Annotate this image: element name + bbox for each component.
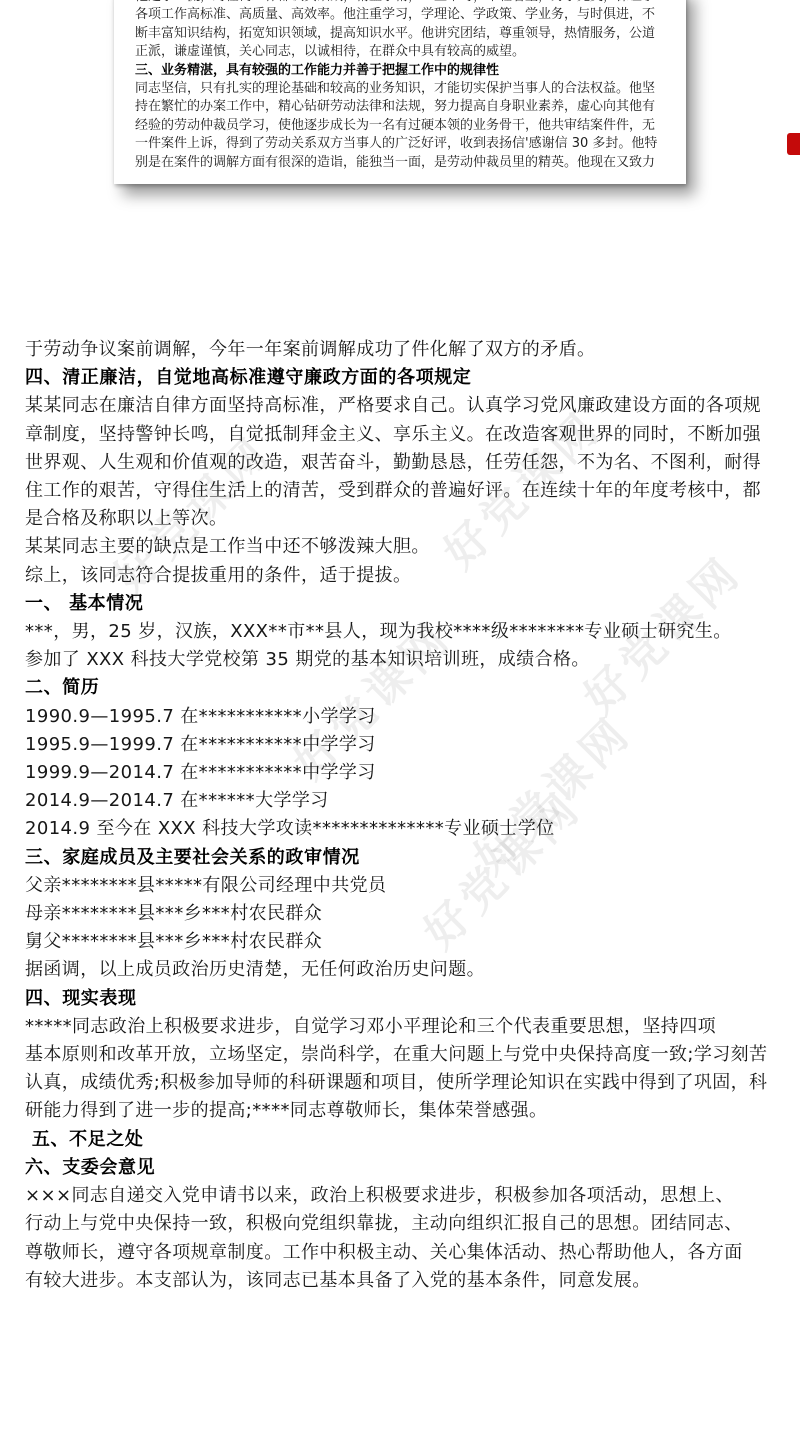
thumb-text-line: 各项工作高标准、高质量、高效率。他注重学习，学理论、学政策、学业务，与时俱进，不 xyxy=(135,6,666,24)
section-heading-4-performance: 四、现实表现 xyxy=(25,985,781,1013)
resume-entry: 2014.9—2014.7 在******大学学习 xyxy=(25,787,781,815)
section-heading-1-basic-info: 一、 基本情况 xyxy=(25,590,781,618)
body-text-line: 章制度，坚持警钟长鸣，自觉抵制拜金主义、享乐主义。在改造客观世界的同时，不断加强 xyxy=(25,421,781,449)
body-text-line: 尊敬师长，遵守各项规章制度。工作中积极主动、关心集体活动、热心帮助他人，各方面 xyxy=(25,1239,781,1267)
thumb-text-line: 一件案件上诉，得到了劳动关系双方当事人的广泛好评，收到表扬信'感谢信 30 多封… xyxy=(135,135,666,153)
section-heading-2-resume: 二、简历 xyxy=(25,674,781,702)
body-text-line: 基本原则和改革开放，立场坚定，崇尚科学，在重大问题上与党中央保持高度一致;学习刻… xyxy=(25,1041,781,1069)
thumb-text-line: 别是在案件的调解方面有很深的造诣，能独当一面，是劳动仲裁员里的精英。他现在又致力 xyxy=(135,154,666,172)
body-text-line: 综上，该同志符合提拔重用的条件，适于提拔。 xyxy=(25,562,781,590)
body-text-line: ***，男，25 岁，汉族，XXX**市**县人，现为我校****级******… xyxy=(25,618,781,646)
document-page-thumbnail[interactable]: 他追求一流，对任何工作都认真细致，精益求精，一丝不苟，举轻若重，力求完美，保证了… xyxy=(114,0,686,184)
body-text-line: *****同志政治上积极要求进步，自觉学习邓小平理论和三个代表重要思想，坚持四项 xyxy=(25,1013,781,1041)
body-text-line: 据函调，以上成员政治历史清楚，无任何政治历史问题。 xyxy=(25,956,781,984)
body-text-line: 住工作的艰苦，守得住生活上的清苦，受到群众的普遍好评。在连续十年的年度考核中，都 xyxy=(25,477,781,505)
resume-entry: 1999.9—2014.7 在***********中学学习 xyxy=(25,759,781,787)
body-text-line: 有较大进步。本支部认为，该同志已基本具备了入党的基本条件，同意发展。 xyxy=(25,1267,781,1295)
body-text-line: 于劳动争议案前调解，今年一年案前调解成功了件化解了双方的矛盾。 xyxy=(25,336,781,364)
body-text-line: 某某同志在廉洁自律方面坚持高标准，严格要求自己。认真学习党风廉政建设方面的各项规 xyxy=(25,392,781,420)
section-heading-4-integrity: 四、清正廉洁，自觉地高标准遵守廉政方面的各项规定 xyxy=(25,364,781,392)
body-text-line: 某某同志主要的缺点是工作当中还不够泼辣大胆。 xyxy=(25,533,781,561)
body-text-line: 世界观、人生观和价值观的改造，艰苦奋斗，勤勤恳恳，任劳任怨，不为名、不图利，耐得 xyxy=(25,449,781,477)
section-heading-5-shortcomings: 五、不足之处 xyxy=(25,1126,781,1154)
resume-entry: 2014.9 至今在 XXX 科技大学攻读**************专业硕士学… xyxy=(25,815,781,843)
thumb-text-line: 同志坚信，只有扎实的理论基础和较高的业务知识，才能切实保护当事人的合法权益。他坚 xyxy=(135,80,666,98)
section-heading-3-family: 三、家庭成员及主要社会关系的政审情况 xyxy=(25,844,781,872)
resume-entry: 1990.9—1995.7 在***********小学学习 xyxy=(25,703,781,731)
document-body: 于劳动争议案前调解，今年一年案前调解成功了件化解了双方的矛盾。 四、清正廉洁，自… xyxy=(25,336,781,1295)
body-text-line: 是合格及称职以上等次。 xyxy=(25,505,781,533)
resume-entry: 1995.9—1999.7 在***********中学学习 xyxy=(25,731,781,759)
family-member-entry: 父亲********县*****有限公司经理中共党员 xyxy=(25,872,781,900)
family-member-entry: 舅父********县***乡***村农民群众 xyxy=(25,928,781,956)
family-member-entry: 母亲********县***乡***村农民群众 xyxy=(25,900,781,928)
body-text-line: 认真，成绩优秀;积极参加导师的科研课题和项目，使所学理论知识在实践中得到了巩固，… xyxy=(25,1069,781,1097)
body-text-line: 参加了 XXX 科技大学党校第 35 期党的基本知识培训班，成绩合格。 xyxy=(25,646,781,674)
thumb-text-line: 经验的劳动仲裁员学习，使他逐步成长为一名有过硬本领的业务骨干，他共审结案件件，无 xyxy=(135,117,666,135)
document-preview-page: { "watermark": { "text": "好党课网" }, "acce… xyxy=(0,0,800,1447)
thumb-text-line: 断丰富知识结构，拓宽知识领域，提高知识水平。他讲究团结，尊重领导，热情服务，公道 xyxy=(135,25,666,43)
side-red-tab-button[interactable] xyxy=(787,133,800,155)
body-text-line: 行动上与党中央保持一致，积极向党组织靠拢，主动向组织汇报自己的思想。团结同志、 xyxy=(25,1210,781,1238)
thumb-text-line: 正派，谦虚谨慎，关心同志，以诚相待，在群众中具有较高的威望。 xyxy=(135,43,666,61)
thumb-text-line: 持在繁忙的办案工作中，精心钻研劳动法律和法规，努力提高自身职业素养，虚心向其他有 xyxy=(135,98,666,116)
thumb-section-heading: 三、业务精湛，具有较强的工作能力并善于把握工作中的规律性 xyxy=(135,62,666,80)
section-heading-6-committee-opinion: 六、支委会意见 xyxy=(25,1154,781,1182)
body-text-line: 研能力得到了进一步的提高;****同志尊敬师长，集体荣誉感强。 xyxy=(25,1097,781,1125)
body-text-line: ×××同志自递交入党申请书以来，政治上积极要求进步，积极参加各项活动，思想上、 xyxy=(25,1182,781,1210)
